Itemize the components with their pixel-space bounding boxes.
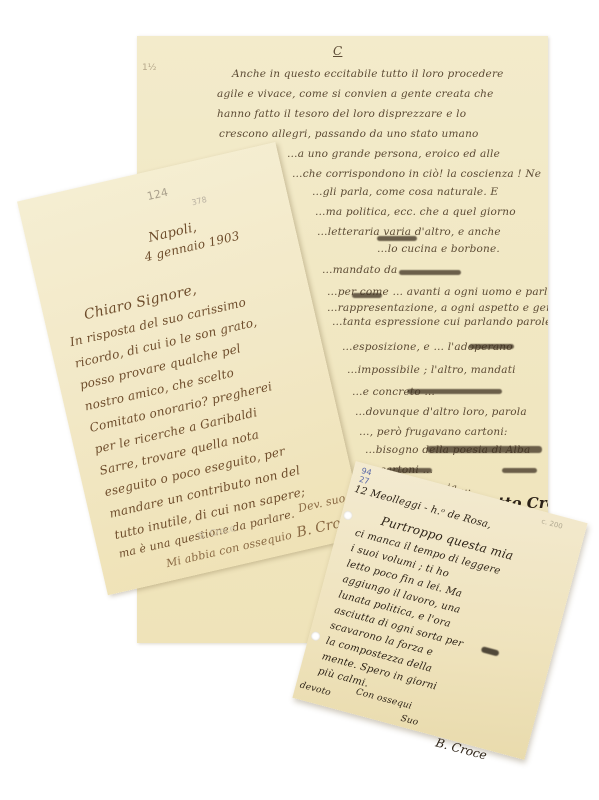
crossed-out-text bbox=[407, 389, 502, 394]
text-line: …gli parla, come cosa naturale. E bbox=[312, 186, 498, 198]
archive-mark: 378 bbox=[191, 195, 208, 207]
text-line: agile e vivace, come si convien a gente … bbox=[217, 88, 494, 100]
page-marker: C bbox=[333, 44, 342, 58]
text-line: …rappresentazione, a ogni aspetto e gene… bbox=[327, 302, 548, 314]
text-line: crescono allegri, passando da uno stato … bbox=[219, 128, 479, 140]
text-line: …ma politica, ecc. che a quel giorno bbox=[315, 206, 516, 218]
crossed-out-text bbox=[377, 236, 417, 241]
text-line: …lo cucina e borbone. bbox=[377, 243, 500, 255]
text-line: …, però frugavano cartoni: bbox=[359, 426, 508, 438]
closing-line: Con ossequi bbox=[355, 687, 413, 712]
punch-hole bbox=[342, 510, 353, 521]
text-line: …che corrispondono in ciò! la coscienza … bbox=[292, 168, 541, 180]
text-line: …tanta espressione cui parlando parole, … bbox=[332, 316, 548, 328]
text-line: hanno fatto il tesoro del loro disprezza… bbox=[217, 108, 466, 120]
margin-note: 1½ bbox=[142, 63, 156, 73]
photo-stage: C 1½ Anche in questo eccitabile tutto il… bbox=[0, 0, 599, 800]
text-line: …dovunque d'altro loro, parola bbox=[355, 406, 527, 418]
text-line: …impossibile ; l'altro, mandati bbox=[347, 364, 516, 376]
crossed-out-text bbox=[427, 446, 542, 453]
archive-number: 124 bbox=[146, 186, 169, 203]
crossed-out-text bbox=[352, 293, 382, 298]
crossed-out-text bbox=[502, 468, 537, 473]
text-line: …mandato da bbox=[322, 264, 398, 276]
crossed-out-text bbox=[399, 270, 461, 275]
text-line: Anche in questo eccitabile tutto il loro… bbox=[232, 68, 504, 80]
crossed-out-text bbox=[469, 344, 514, 349]
corner-mark: c. 200 bbox=[541, 517, 564, 530]
punch-hole bbox=[310, 631, 321, 642]
closing-line: devoto bbox=[299, 680, 332, 698]
ink-blot bbox=[481, 646, 500, 656]
text-line: …a uno grande persona, eroico ed alle bbox=[287, 148, 500, 160]
closing: Suo bbox=[399, 714, 419, 728]
